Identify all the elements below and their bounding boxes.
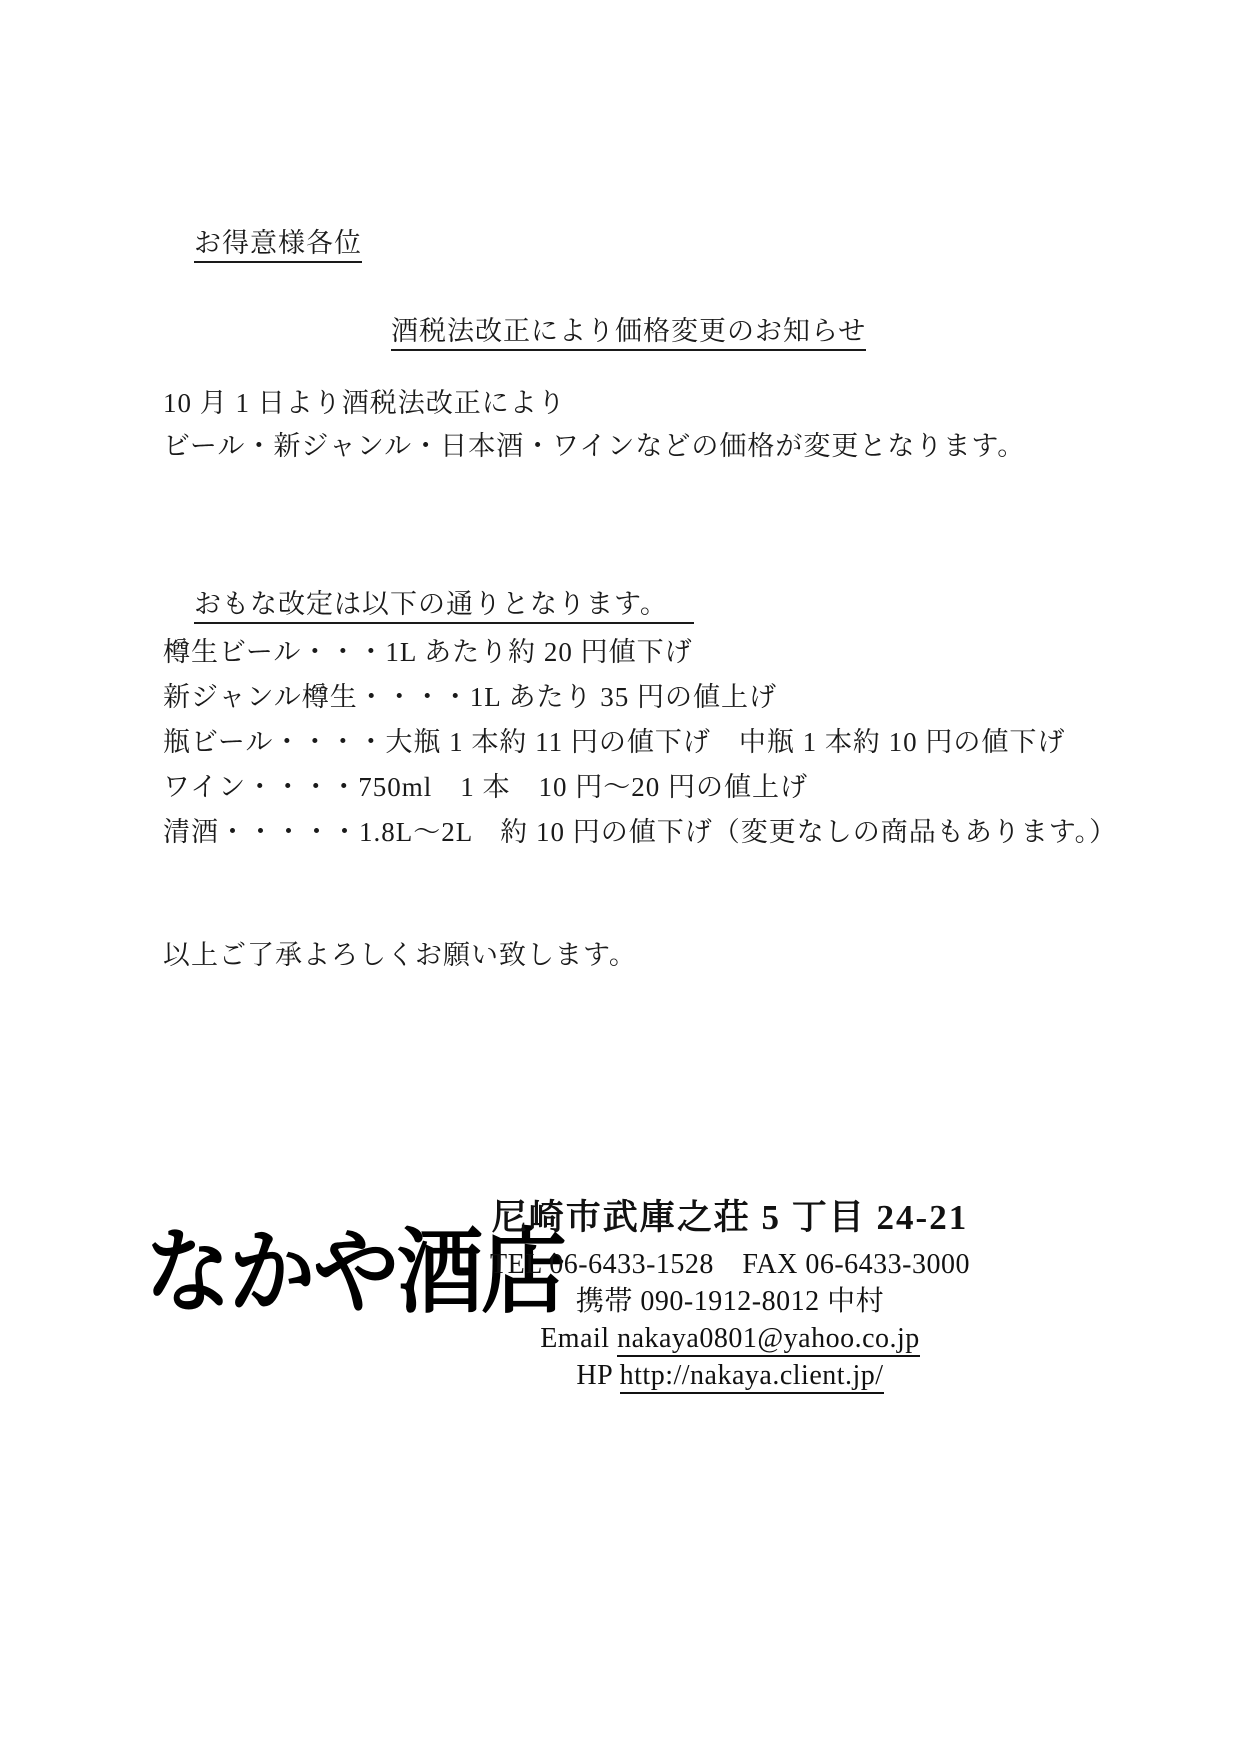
closing-line: 以上ご了承よろしくお願い致します。 [163,933,637,972]
list-item-draft-beer: 樽生ビール・・・1L あたり約 20 円値下げ [163,630,1117,675]
list-item-wine: ワイン・・・・750ml 1 本 10 円～20 円の値上げ [163,765,1117,810]
mobile-line: 携帯 090-1912-8012 中村 [440,1283,1020,1320]
document-title: 酒税法改正により価格変更のお知らせ [360,278,866,379]
tel-fax-line: TEL 06-6433-1528 FAX 06-6433-3000 [440,1246,1020,1283]
price-change-list: 樽生ビール・・・1L あたり約 20 円値下げ 新ジャンル樽生・・・・1L あた… [163,630,1117,855]
recipient-text: お得意様各位 [194,228,362,263]
list-item-new-genre-draft: 新ジャンル樽生・・・・1L あたり 35 円の値上げ [163,675,1117,720]
email-label: Email [540,1323,617,1354]
list-item-sake: 清酒・・・・・1.8L～2L 約 10 円の値下げ（変更なしの商品もあります。） [163,810,1117,855]
list-item-bottled-beer: 瓶ビール・・・・大瓶 1 本約 11 円の値下げ 中瓶 1 本約 10 円の値下… [163,720,1117,765]
intro-line-2: ビール・新ジャンル・日本酒・ワインなどの価格が変更となります。 [163,424,1025,463]
hp-line: HP http://nakaya.client.jp/ [440,1357,1020,1394]
document-title-text: 酒税法改正により価格変更のお知らせ [391,316,866,351]
section-heading-text: おもな改定は以下の通りとなります。 [194,589,694,624]
hp-link[interactable]: http://nakaya.client.jp/ [620,1360,884,1394]
document-page: お得意様各位 酒税法改正により価格変更のお知らせ 10 月 1 日より酒税法改正… [0,0,1240,1754]
shop-address: 尼崎市武庫之荘 5 丁目 24-21 [440,1190,1020,1240]
contact-block: 尼崎市武庫之荘 5 丁目 24-21 TEL 06-6433-1528 FAX … [440,1190,1020,1394]
intro-line-1: 10 月 1 日より酒税法改正により [163,381,566,420]
email-line: Email nakaya0801@yahoo.co.jp [440,1320,1020,1357]
hp-label: HP [576,1360,619,1391]
recipient-line: お得意様各位 [163,190,362,291]
email-link[interactable]: nakaya0801@yahoo.co.jp [617,1323,920,1357]
